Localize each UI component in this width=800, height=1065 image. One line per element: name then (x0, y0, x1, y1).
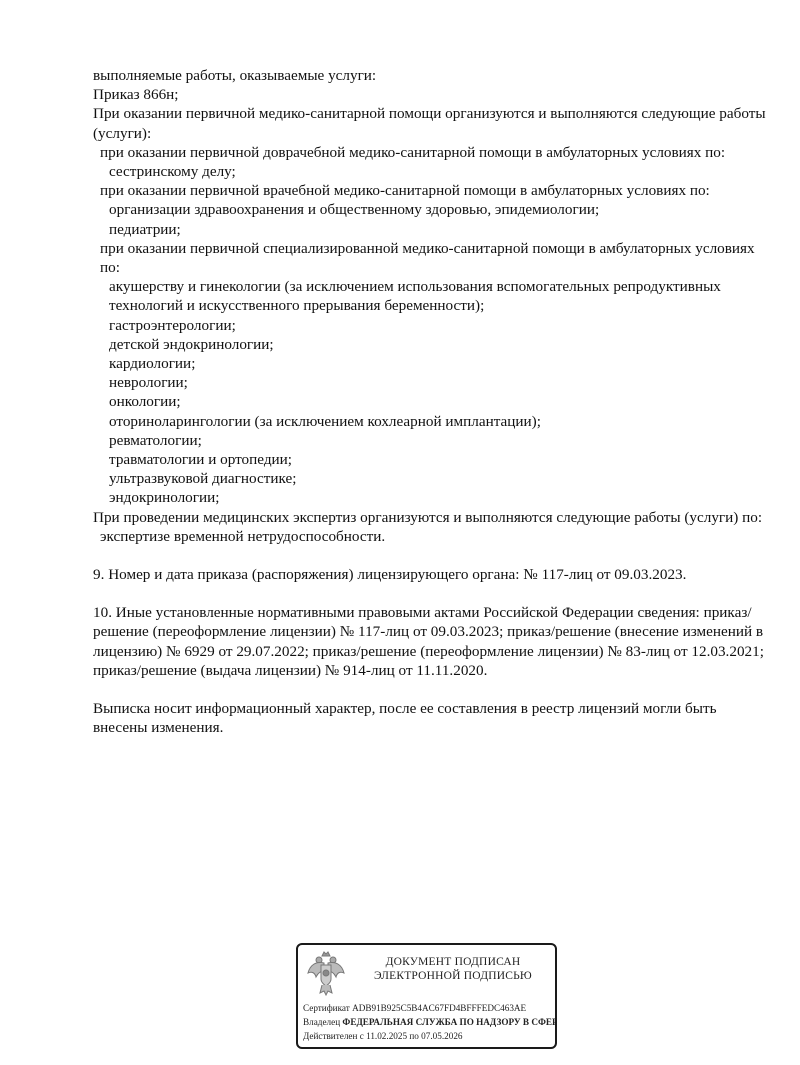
document-body: выполняемые работы, оказываемые услуги:П… (93, 66, 773, 738)
licensed-work-line: детской эндокринологии; (93, 335, 773, 354)
licensed-work-line: гастроэнтерологии; (93, 316, 773, 335)
licensed-work-line: сестринскому делу; (93, 162, 773, 181)
licensed-work-line: экспертизе временной нетрудоспособности. (93, 527, 773, 546)
licensed-work-line: онкологии; (93, 392, 773, 411)
licensed-work-line: Приказ 866н; (93, 85, 773, 104)
licensed-work-line: ультразвуковой диагностике; (93, 469, 773, 488)
spacer (93, 680, 773, 699)
licensed-work-line: акушерству и гинекологии (за исключением… (93, 277, 773, 315)
licensed-work-line: оториноларингологии (за исключением кохл… (93, 412, 773, 431)
double-headed-eagle-icon (306, 949, 346, 999)
spacer (93, 584, 773, 603)
section-10-other-info: 10. Иные установленные нормативными прав… (93, 603, 773, 680)
certificate-row: Сертификат ADB91B925C5B4AC67FD4BFFFEDC46… (303, 1001, 557, 1015)
owner-row: Владелец ФЕДЕРАЛЬНАЯ СЛУЖБА ПО НАДЗОРУ В… (303, 1015, 557, 1029)
stamp-title-line-1: ДОКУМЕНТ ПОДПИСАН (358, 955, 548, 969)
licensed-work-line: педиатрии; (93, 220, 773, 239)
licensed-work-line: при оказании первичной специализированно… (93, 239, 773, 277)
spacer (93, 546, 773, 565)
electronic-signature-stamp: ДОКУМЕНТ ПОДПИСАН ЭЛЕКТРОННОЙ ПОДПИСЬЮ С… (296, 943, 557, 1049)
licensed-work-line: при оказании первичной врачебной медико-… (93, 181, 773, 200)
licensed-work-line: при оказании первичной доврачебной медик… (93, 143, 773, 162)
licensed-work-line: травматологии и ортопедии; (93, 450, 773, 469)
stamp-title: ДОКУМЕНТ ПОДПИСАН ЭЛЕКТРОННОЙ ПОДПИСЬЮ (358, 955, 548, 983)
stamp-details: Сертификат ADB91B925C5B4AC67FD4BFFFEDC46… (303, 1001, 557, 1043)
licensed-work-line: неврологии; (93, 373, 773, 392)
licensed-work-line: ревматологии; (93, 431, 773, 450)
licensed-work-line: эндокринологии; (93, 488, 773, 507)
owner-label: Владелец (303, 1017, 340, 1027)
stamp-title-line-2: ЭЛЕКТРОННОЙ ПОДПИСЬЮ (358, 969, 548, 983)
licensed-work-line: кардиологии; (93, 354, 773, 373)
licensed-work-line: выполняемые работы, оказываемые услуги: (93, 66, 773, 85)
licensed-work-line: При проведении медицинских экспертиз орг… (93, 508, 773, 527)
certificate-label: Сертификат (303, 1003, 350, 1013)
licensed-works-list: выполняемые работы, оказываемые услуги:П… (93, 66, 773, 546)
licensed-work-line: организации здравоохранения и общественн… (93, 200, 773, 219)
section-9-order-number: 9. Номер и дата приказа (распоряжения) л… (93, 565, 773, 584)
certificate-value: ADB91B925C5B4AC67FD4BFFFEDC463AE (352, 1003, 526, 1013)
owner-value: ФЕДЕРАЛЬНАЯ СЛУЖБА ПО НАДЗОРУ В СФЕРЕ ЗД… (342, 1017, 557, 1027)
validity-row: Действителен с 11.02.2025 по 07.05.2026 (303, 1029, 557, 1043)
disclaimer-text: Выписка носит информационный характер, п… (93, 699, 773, 737)
licensed-work-line: При оказании первичной медико-санитарной… (93, 104, 773, 142)
